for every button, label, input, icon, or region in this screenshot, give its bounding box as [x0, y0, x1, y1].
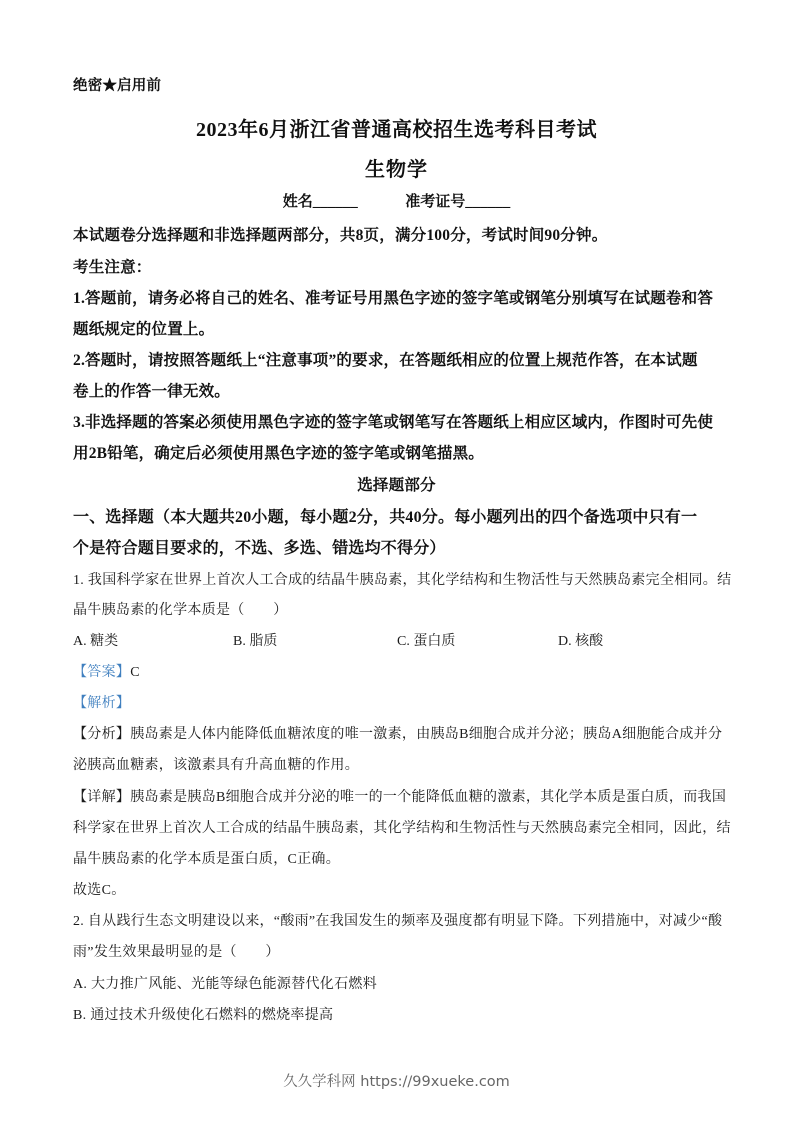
answer-value: C [130, 665, 140, 680]
notice-2-line1: 2.答题时，请按照答题纸上“注意事项”的要求，在答题纸相应的位置上规范作答，在本… [73, 348, 698, 370]
notice-3-line2: 用2B铅笔，确定后必须使用黑色字迹的签字笔或钢笔描黑。 [73, 441, 484, 463]
section-title: 选择题部分 [0, 473, 793, 495]
confidential-label: 绝密★启用前 [73, 74, 161, 95]
analysis-detail-line3: 晶牛胰岛素的化学本质是蛋白质，C正确。 [73, 848, 340, 868]
section-heading-line2: 个是符合题目要求的，不选、多选、错选均不得分） [73, 535, 446, 558]
notice-1-line2: 题纸规定的位置上。 [73, 317, 214, 339]
exam-summary: 本试题卷分选择题和非选择题两部分，共8页，满分100分，考试时间90分钟。 [73, 223, 607, 245]
section-heading-line1: 一、选择题（本大题共20小题，每小题2分，共40分。每小题列出的四个备选项中只有… [73, 504, 697, 527]
question-1-stem-line1: 1. 我国科学家在世界上首次人工合成的结晶牛胰岛素，其化学结构和生物活性与天然胰… [73, 569, 731, 589]
question-1-option-d: D. 核酸 [558, 630, 603, 650]
name-field-label: 姓名______ [283, 194, 358, 210]
candidate-info: 姓名______ 准考证号______ [0, 190, 793, 211]
analysis-label: 【解析】 [73, 692, 130, 712]
question-1-option-a: A. 糖类 [73, 630, 118, 650]
answer-label: 【答案】 [73, 665, 130, 680]
site-watermark[interactable]: 久久学科网 https://99xueke.com [0, 1070, 793, 1091]
notice-3-line1: 3.非选择题的答案必须使用黑色字迹的签字笔或钢笔写在答题纸上相应区域内，作图时可… [73, 410, 713, 432]
question-2-option-b: B. 通过技术升级使化石燃料的燃烧率提高 [73, 1004, 333, 1024]
question-1-stem-line2: 晶牛胰岛素的化学本质是（ ） [73, 599, 288, 619]
notice-2-line2: 卷上的作答一律无效。 [73, 379, 230, 401]
subject-title: 生物学 [0, 153, 793, 182]
question-1-answer: 【答案】C [73, 661, 140, 681]
question-2-option-a: A. 大力推广风能、光能等绿色能源替代化石燃料 [73, 973, 377, 993]
question-2-stem-line2: 雨”发生效果最明显的是（ ） [73, 941, 280, 961]
question-2-stem-line1: 2. 自从践行生态文明建设以来，“酸雨”在我国发生的频率及强度都有明显下降。下列… [73, 910, 722, 930]
notice-title: 考生注意： [73, 255, 152, 277]
analysis-summary-line2: 泌胰高血糖素，该激素具有升高血糖的作用。 [73, 754, 359, 774]
analysis-detail-line2: 科学家在世界上首次人工合成的结晶牛胰岛素，其化学结构和生物活性与天然胰岛素完全相… [73, 817, 731, 837]
analysis-conclusion: 故选C。 [73, 879, 126, 899]
analysis-detail-line1: 【详解】胰岛素是胰岛B细胞合成并分泌的唯一的一个能降低血糖的激素，其化学本质是蛋… [73, 786, 726, 806]
question-1-option-b: B. 脂质 [233, 630, 277, 650]
analysis-summary-line1: 【分析】胰岛素是人体内能降低血糖浓度的唯一激素，由胰岛B细胞合成并分泌；胰岛A细… [73, 723, 722, 743]
notice-1-line1: 1.答题前，请务必将自己的姓名、准考证号用黑色字迹的签字笔或钢笔分别填写在试题卷… [73, 286, 713, 308]
question-1-option-c: C. 蛋白质 [397, 630, 455, 650]
exam-title: 2023年6月浙江省普通高校招生选考科目考试 [0, 113, 793, 142]
exam-id-field-label: 准考证号______ [405, 194, 510, 210]
